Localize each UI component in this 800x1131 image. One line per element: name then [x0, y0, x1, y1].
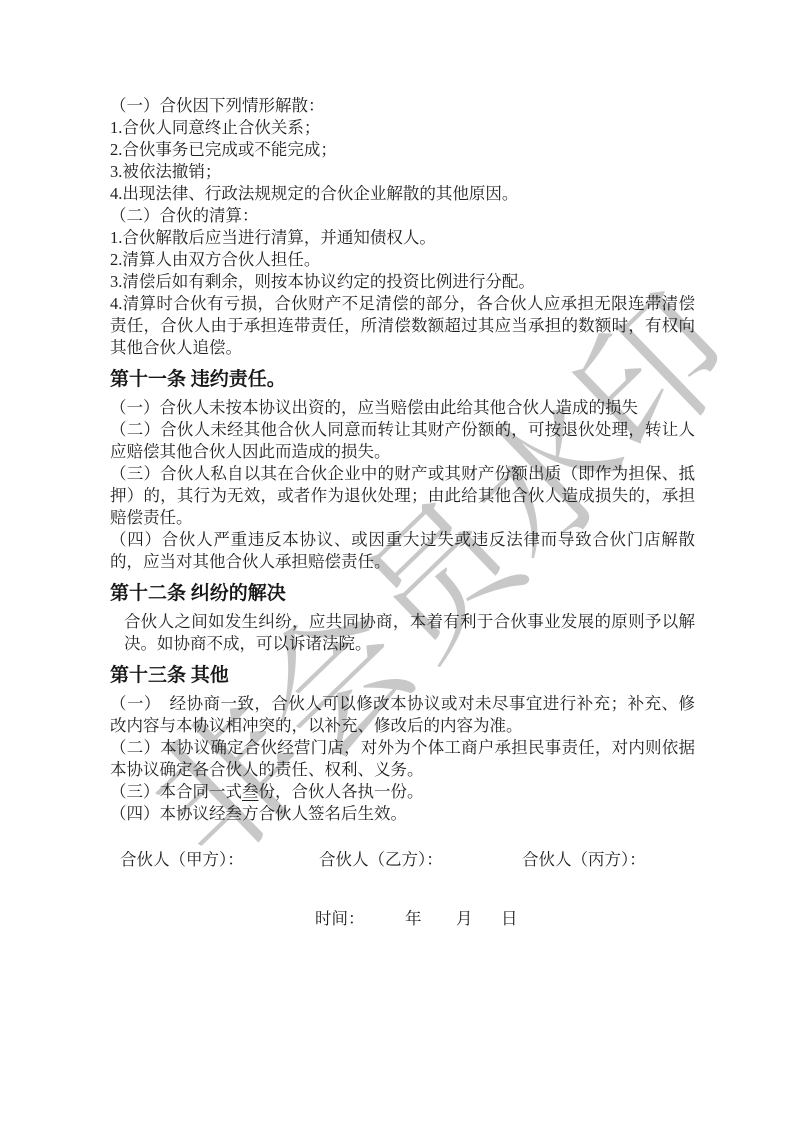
dissolution-item: 1.合伙解散后应当进行清算，并通知债权人。	[110, 227, 695, 249]
copies-clause-suffix: 份，合伙人各执一份。	[259, 782, 424, 801]
article-11-paragraph: （一）合伙人未按本协议出资的，应当赔偿由此给其他合伙人造成的损失	[110, 397, 695, 419]
article-13-paragraph: （三）本合同一式叁份，合伙人各执一份。	[110, 781, 695, 803]
dissolution-item: （二）合伙的清算：	[110, 205, 695, 227]
article-13-heading: 第十三条 其他	[110, 663, 695, 689]
dissolution-item: （一）合伙因下列情形解散：	[110, 95, 695, 117]
dissolution-item: 3.被依法撤销；	[110, 161, 695, 183]
dissolution-item: 4.出现法律、行政法规规定的合伙企业解散的其他原因。	[110, 183, 695, 205]
dissolution-item: 2.清算人由双方合伙人担任。	[110, 249, 695, 271]
party-c-signature-label: 合伙人（丙方）：	[522, 849, 646, 871]
article-13-paragraph: （四）本协议经叁方合伙人签名后生效。	[110, 803, 695, 825]
dissolution-item: 3.清偿后如有剩余，则按本协议约定的投资比例进行分配。	[110, 271, 695, 293]
article-13-paragraph: （二）本协议确定合伙经营门店，对外为个体工商户承担民事责任，对内则依据本协议确定…	[110, 737, 695, 781]
date-row: 时间： 年 月 日	[110, 908, 695, 930]
date-year-label: 年	[405, 908, 422, 930]
date-label: 时间：	[315, 908, 365, 930]
article-13-paragraph: （一） 经协商一致，合伙人可以修改本协议或对未尽事宜进行补充；补充、修改内容与本…	[110, 693, 695, 737]
dissolution-item: 2.合伙事务已完成或不能完成；	[110, 139, 695, 161]
article-11-paragraph: （二）合伙人未经其他合伙人同意而转让其财产份额的，可按退伙处理，转让人应赔偿其他…	[110, 419, 695, 463]
dissolution-item: 4.清算时合伙有亏损，合伙财产不足清偿的部分，各合伙人应承担无限连带清偿责任，合…	[110, 293, 695, 359]
date-day-label: 日	[501, 908, 518, 930]
article-11-heading: 第十一条 违约责任。	[110, 367, 695, 393]
article-12-heading: 第十二条 纠纷的解决	[110, 581, 695, 607]
signature-row: 合伙人（甲方）： 合伙人（乙方）： 合伙人（丙方）：	[110, 849, 695, 871]
article-11-paragraph: （三）合伙人私自以其在合伙企业中的财产或其财产份额出质（即作为担保、抵押）的，其…	[110, 463, 695, 529]
party-a-signature-label: 合伙人（甲方）：	[120, 849, 244, 871]
article-11-paragraph: （四）合伙人严重违反本协议、或因重大过失或违反法律而导致合伙门店解散的，应当对其…	[110, 529, 695, 573]
article-12-paragraph: 合伙人之间如发生纠纷，应共同协商，本着有利于合伙事业发展的原则予以解决。如协商不…	[110, 611, 695, 655]
dissolution-item: 1.合伙人同意终止合伙关系；	[110, 117, 695, 139]
party-b-signature-label: 合伙人（乙方）：	[319, 849, 443, 871]
document-content: （一）合伙因下列情形解散： 1.合伙人同意终止合伙关系； 2.合伙事务已完成或不…	[0, 0, 800, 930]
copies-count-underlined: 叁	[242, 782, 259, 801]
date-month-label: 月	[456, 908, 473, 930]
copies-clause-prefix: （三）本合同一式	[110, 782, 242, 801]
document-page: 非会员水印 （一）合伙因下列情形解散： 1.合伙人同意终止合伙关系； 2.合伙事…	[0, 0, 800, 1131]
